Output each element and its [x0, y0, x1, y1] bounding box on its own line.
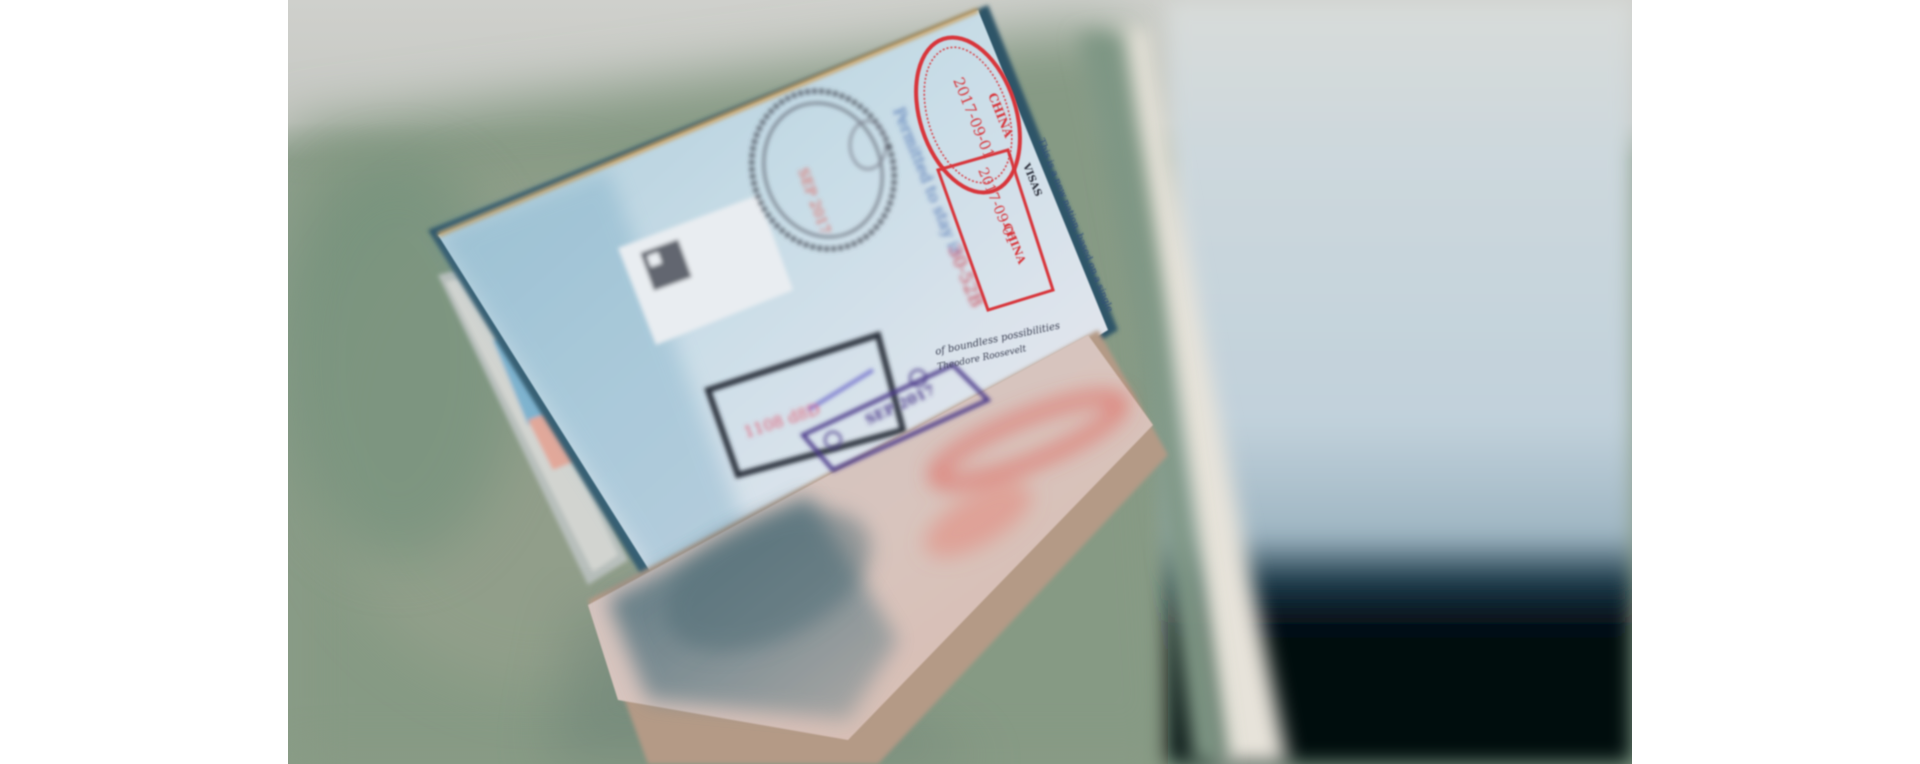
photo-illustration: SEP 2017 1108 d8D 2017-09-01 CHINA 2017-…: [288, 0, 1632, 764]
image-description: Open passport with immigration stamps re…: [0, 0, 1, 1]
passport-photo: SEP 2017 1108 d8D 2017-09-01 CHINA 2017-…: [288, 0, 1632, 764]
